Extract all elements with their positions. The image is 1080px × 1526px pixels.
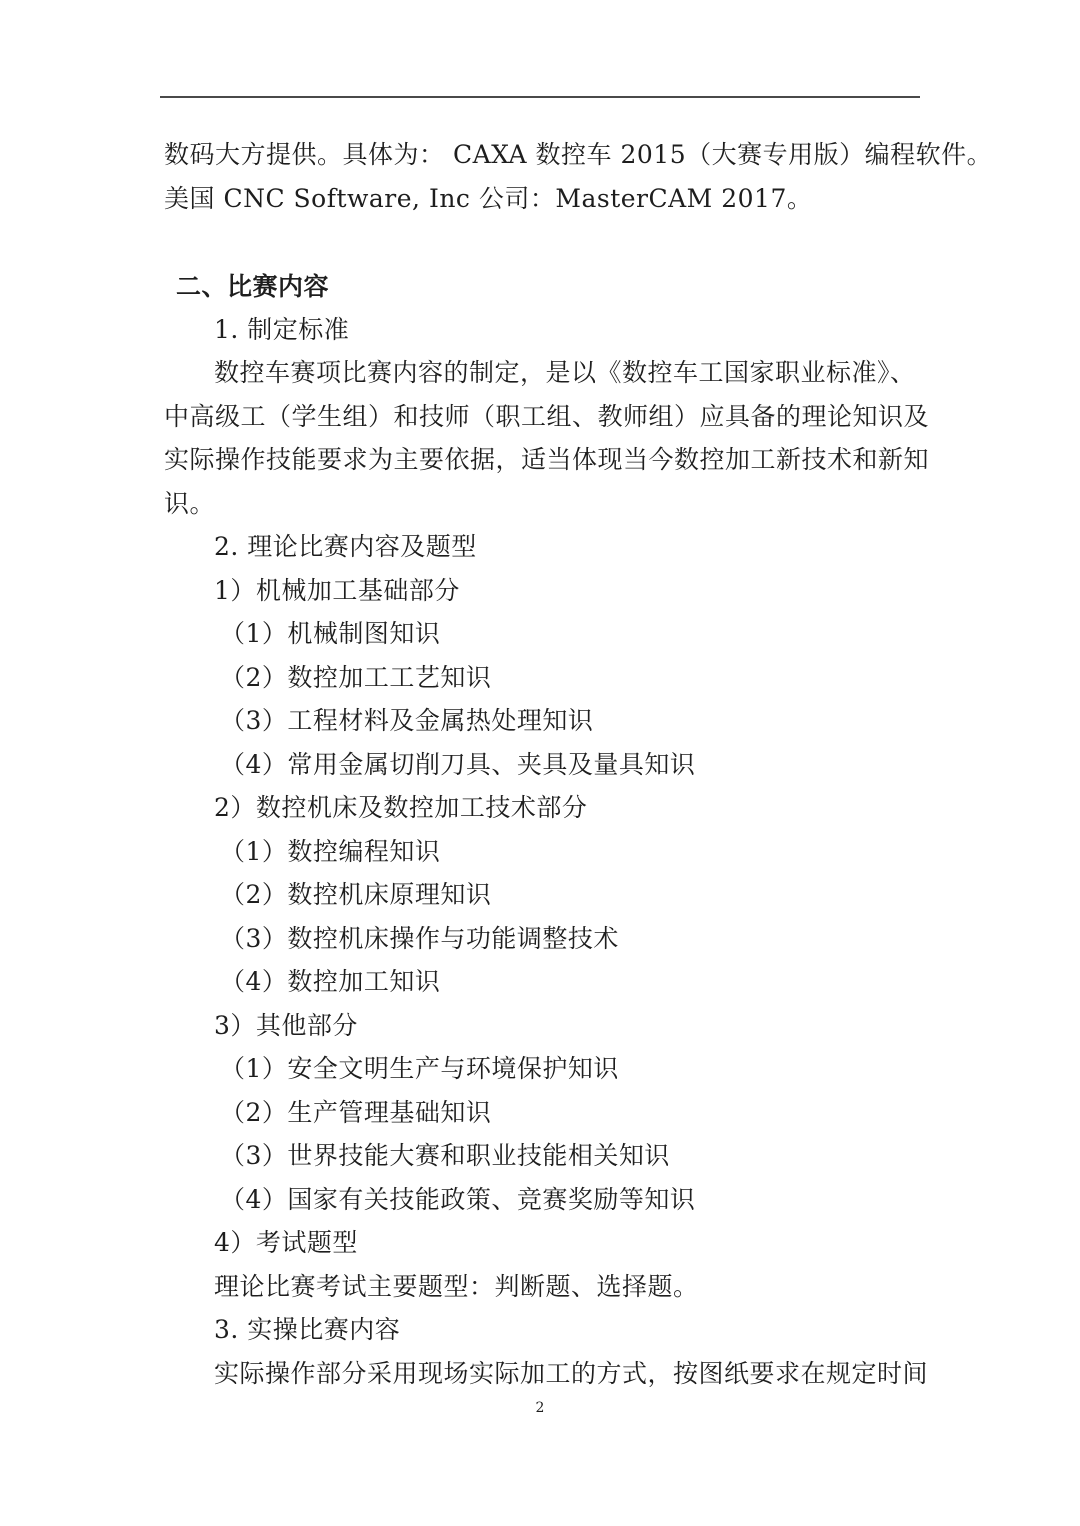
text-line: （2）生产管理基础知识 — [220, 1098, 491, 1128]
text-line: （2）数控加工工艺知识 — [220, 663, 491, 693]
text-line: 理论比赛考试主要题型：判断题、选择题。 — [214, 1272, 699, 1302]
text-line: 实际操作技能要求为主要依据，适当体现当今数控加工新技术和新知 — [164, 445, 929, 475]
text-line: 2. 理论比赛内容及题型 — [214, 532, 477, 562]
header-rule — [160, 96, 920, 98]
text-line: （1）数控编程知识 — [220, 837, 440, 867]
text-line: 数控车赛项比赛内容的制定，是以《数控车工国家职业标准》、 — [214, 358, 916, 388]
text-line: （3）世界技能大赛和职业技能相关知识 — [220, 1141, 670, 1171]
text-line: 4）考试题型 — [214, 1228, 358, 1258]
text-line: 3）其他部分 — [214, 1011, 358, 1041]
text-line: （2）数控机床原理知识 — [220, 880, 491, 910]
text-line: （1）机械制图知识 — [220, 619, 440, 649]
text-line: 2）数控机床及数控加工技术部分 — [214, 793, 587, 823]
text-line: （3）数控机床操作与功能调整技术 — [220, 924, 619, 954]
text-line: 3. 实操比赛内容 — [214, 1315, 400, 1345]
text-line: （3）工程材料及金属热处理知识 — [220, 706, 593, 736]
text-line: 美国 CNC Software, Inc 公司：MasterCAM 2017。 — [164, 184, 812, 214]
text-line: 中高级工（学生组）和技师（职工组、教师组）应具备的理论知识及 — [164, 402, 929, 432]
text-line: （1）安全文明生产与环境保护知识 — [220, 1054, 619, 1084]
text-line: （4）数控加工知识 — [220, 967, 440, 997]
text-line: 数码大方提供。具体为： CAXA 数控车 2015（大赛专用版）编程软件。 — [164, 140, 992, 170]
text-line: 1. 制定标准 — [214, 315, 349, 345]
text-line: （4）国家有关技能政策、竞赛奖励等知识 — [220, 1185, 695, 1215]
text-line: （4）常用金属切削刀具、夹具及量具知识 — [220, 750, 695, 780]
text-line: 实际操作部分采用现场实际加工的方式，按图纸要求在规定时间 — [214, 1359, 928, 1389]
text-line: 1）机械加工基础部分 — [214, 576, 460, 606]
text-line: 识。 — [164, 489, 215, 519]
page-number: 2 — [0, 1400, 1080, 1416]
section-heading: 二、比赛内容 — [176, 272, 329, 302]
